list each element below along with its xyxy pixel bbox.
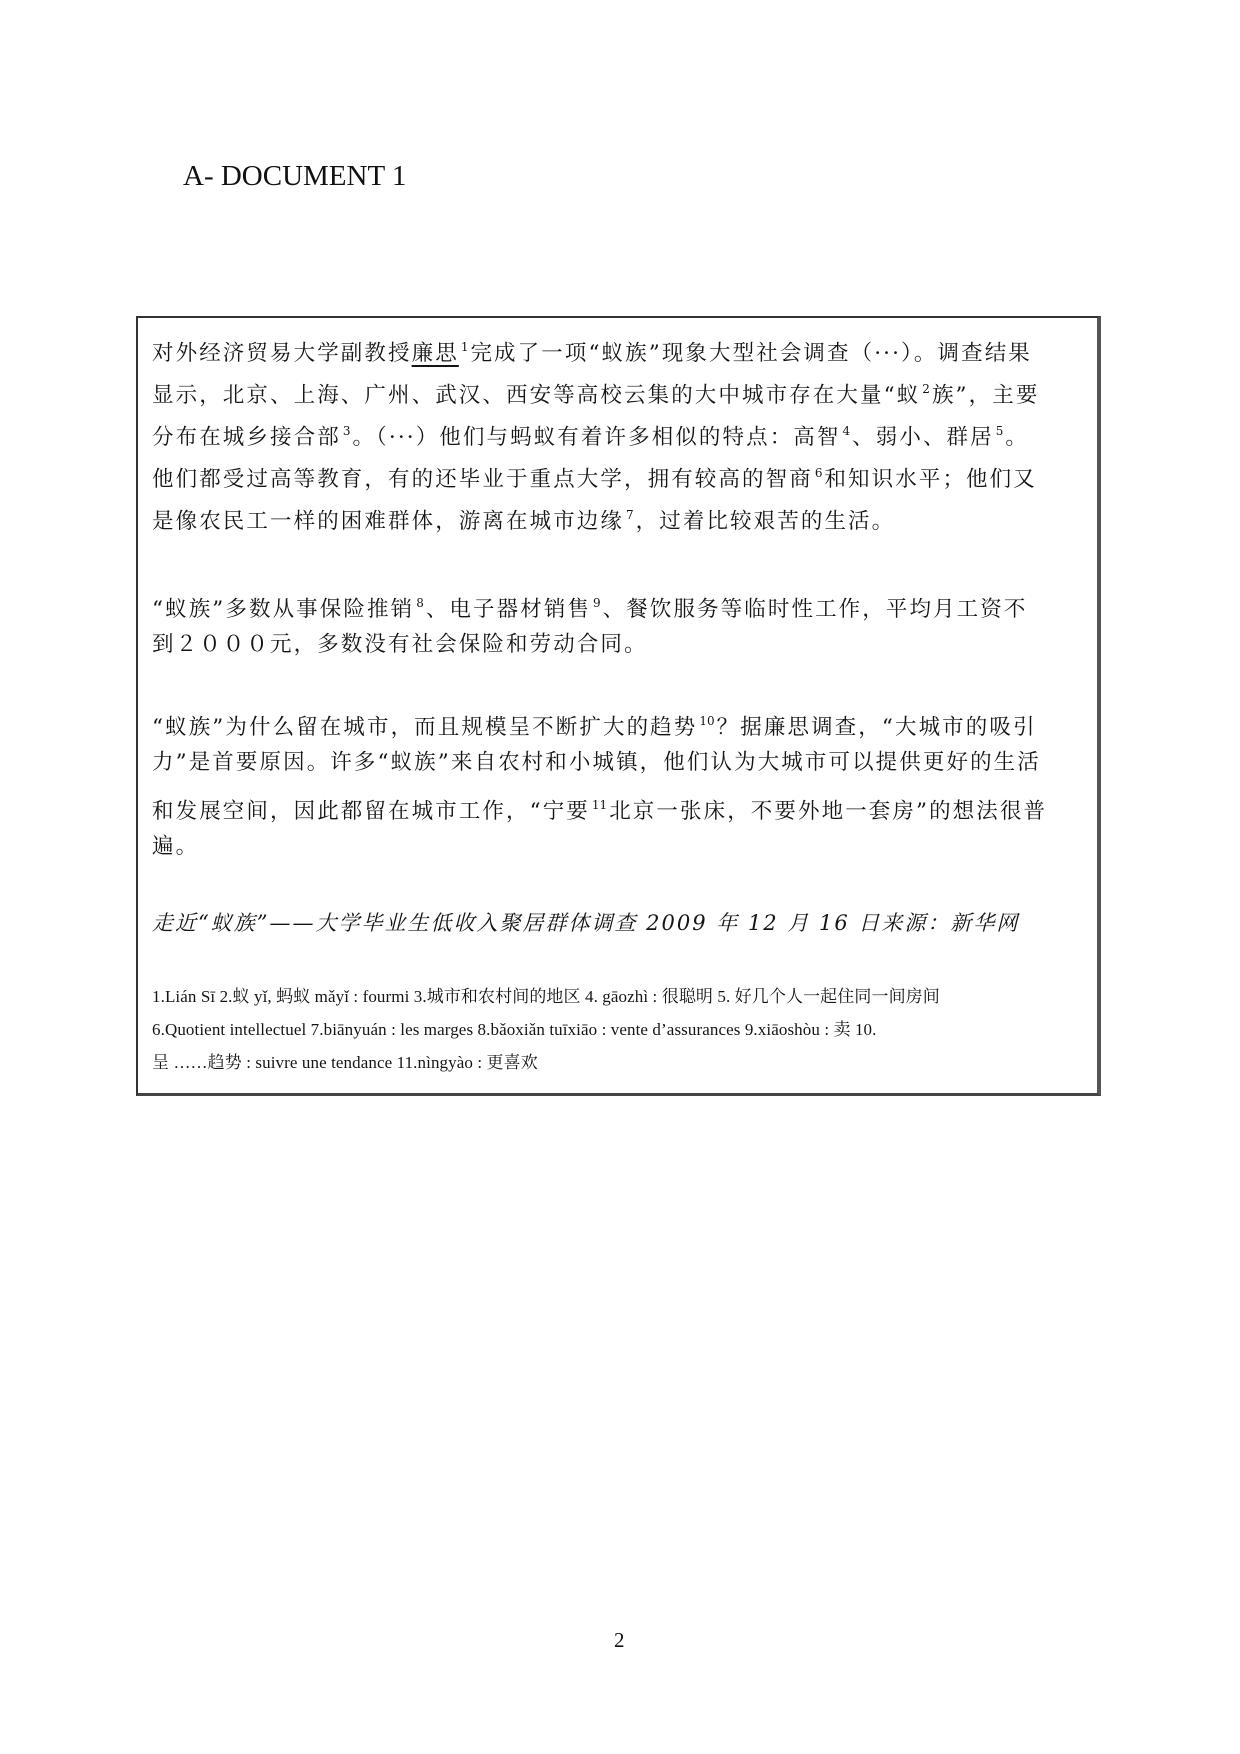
text-box: 对外经济贸易大学副教授廉思1完成了一项“蚁族”现象大型社会调查（···）。调查结… bbox=[136, 316, 1101, 1096]
text-segment: ？据廉思调查，“大城市的吸引 bbox=[717, 715, 1037, 740]
page-number: 2 bbox=[614, 1628, 625, 1653]
text-segment: 是像农民工一样的困难群体，游离在城市边缘 bbox=[152, 509, 624, 534]
footnote-ref-6: 6 bbox=[815, 466, 823, 480]
footnote-line-3: 呈 ……趋势 : suivre une tendance 11.nìngyào … bbox=[152, 1046, 1097, 1079]
text-segment: 。 bbox=[1005, 425, 1029, 450]
text-segment: 北京一张床，不要外地一套房”的想法很普 bbox=[609, 799, 1047, 824]
text-segment: 、弱小、群居 bbox=[852, 425, 994, 450]
footnote-ref-10: 10 bbox=[699, 714, 714, 728]
document-title: A- DOCUMENT 1 bbox=[183, 160, 406, 193]
text-segment: 、电子器材销售 bbox=[426, 597, 591, 622]
text-segment: 族”，主要 bbox=[932, 383, 1040, 408]
paragraph-2-line-1: “蚁族”多数从事保险推销8、电子器材销售9、餐饮服务等临时性工作，平均月工资不 bbox=[152, 582, 1092, 624]
text-segment: 他们都受过高等教育，有的还毕业于重点大学，拥有较高的智商 bbox=[152, 467, 813, 492]
text-segment: ，过着比较艰苦的生活。 bbox=[636, 509, 896, 534]
footnotes: 1.Lián Sī 2.蚁 yǐ, 蚂蚁 mǎyǐ : fourmi 3.城市和… bbox=[152, 980, 1097, 1079]
footnote-ref-2: 2 bbox=[922, 382, 930, 396]
paragraph-1-line-5: 是像农民工一样的困难群体，游离在城市边缘7，过着比较艰苦的生活。 bbox=[152, 494, 1092, 536]
paragraph-1-line-3: 分布在城乡接合部3。（···）他们与蚂蚁有着许多相似的特点：高智4、弱小、群居5… bbox=[152, 410, 1092, 452]
text-segment: 完成了一项“蚁族”现象大型社会调查（···）。调查结果 bbox=[470, 341, 1031, 366]
text-segment: 、餐饮服务等临时性工作，平均月工资不 bbox=[603, 597, 1028, 622]
text-segment: 分布在城乡接合部 bbox=[152, 425, 341, 450]
paragraph-3-line-4: 遍。 bbox=[152, 826, 1092, 868]
footnote-ref-8: 8 bbox=[416, 596, 424, 610]
footnote-ref-9: 9 bbox=[593, 596, 601, 610]
paragraph-1: 对外经济贸易大学副教授廉思1完成了一项“蚁族”现象大型社会调查（···）。调查结… bbox=[152, 326, 1092, 536]
footnote-ref-11: 11 bbox=[592, 798, 607, 812]
text-segment: 和知识水平；他们又 bbox=[824, 467, 1036, 492]
footnote-line-2: 6.Quotient intellectuel 7.biānyuán : les… bbox=[152, 1013, 1097, 1046]
paragraph-1-line-4: 他们都受过高等教育，有的还毕业于重点大学，拥有较高的智商6和知识水平；他们又 bbox=[152, 452, 1092, 494]
text-segment: 和发展空间，因此都留在城市工作，“宁要 bbox=[152, 799, 590, 824]
footnote-ref-5: 5 bbox=[996, 424, 1004, 438]
text-segment: “蚁族”多数从事保险推销 bbox=[152, 597, 414, 622]
footnote-ref-7: 7 bbox=[626, 508, 634, 522]
source-citation: 走近“蚁族”——大学毕业生低收入聚居群体调查 2009 年 12 月 16 日来… bbox=[152, 902, 1019, 944]
footnote-ref-3: 3 bbox=[343, 424, 351, 438]
footnote-ref-4: 4 bbox=[843, 424, 851, 438]
paragraph-3-line-2: 力”是首要原因。许多“蚁族”来自农村和小城镇，他们认为大城市可以提供更好的生活 bbox=[152, 742, 1092, 784]
footnote-line-1: 1.Lián Sī 2.蚁 yǐ, 蚂蚁 mǎyǐ : fourmi 3.城市和… bbox=[152, 980, 1097, 1013]
text-segment: 。（···）他们与蚂蚁有着许多相似的特点：高智 bbox=[352, 425, 840, 450]
paragraph-2-line-2: 到２０００元，多数没有社会保险和劳动合同。 bbox=[152, 624, 1092, 666]
text-segment: 对外经济贸易大学副教授 bbox=[152, 341, 412, 366]
text-segment: 显示，北京、上海、广州、武汉、西安等高校云集的大中城市存在大量“蚁 bbox=[152, 383, 920, 408]
paragraph-3: “蚁族”为什么留在城市，而且规模呈不断扩大的趋势10？据廉思调查，“大城市的吸引… bbox=[152, 700, 1092, 868]
paragraph-1-line-2: 显示，北京、上海、广州、武汉、西安等高校云集的大中城市存在大量“蚁2族”，主要 bbox=[152, 368, 1092, 410]
paragraph-1-line-1: 对外经济贸易大学副教授廉思1完成了一项“蚁族”现象大型社会调查（···）。调查结… bbox=[152, 326, 1092, 368]
author-name: 廉思 bbox=[412, 341, 459, 366]
footnote-ref-1: 1 bbox=[461, 340, 469, 354]
text-segment: “蚁族”为什么留在城市，而且规模呈不断扩大的趋势 bbox=[152, 715, 697, 740]
paragraph-3-line-1: “蚁族”为什么留在城市，而且规模呈不断扩大的趋势10？据廉思调查，“大城市的吸引 bbox=[152, 700, 1092, 742]
paragraph-2: “蚁族”多数从事保险推销8、电子器材销售9、餐饮服务等临时性工作，平均月工资不 … bbox=[152, 582, 1092, 666]
paragraph-3-line-3: 和发展空间，因此都留在城市工作，“宁要11北京一张床，不要外地一套房”的想法很普 bbox=[152, 784, 1092, 826]
